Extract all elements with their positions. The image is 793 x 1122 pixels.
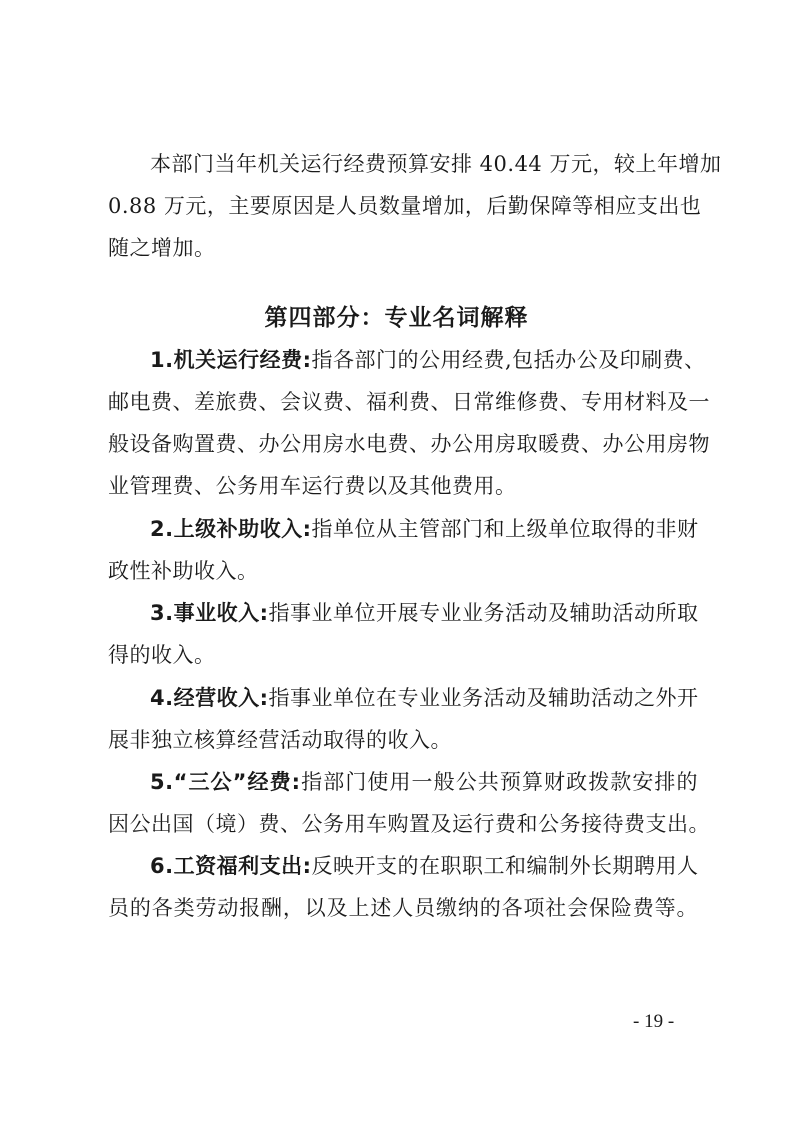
section-heading: 第四部分：专业名词解释 bbox=[0, 303, 793, 333]
definition-text: 员的各类劳动报酬，以及上述人员缴纳的各项社会保险费等。 bbox=[108, 894, 698, 922]
definition-item: 5.“三公”经费:指部门使用一般公共预算财政拨款安排的 bbox=[150, 768, 698, 796]
paragraph-line: 0.88 万元，主要原因是人员数量增加，后勤保障等相应支出也 bbox=[108, 192, 698, 220]
definition-text: 反映开支的在职职工和编制外长期聘用人 bbox=[312, 854, 699, 878]
definition-text: 般设备购置费、办公用房水电费、办公用房取暖费、办公用房物 bbox=[108, 430, 698, 458]
definition-term: 2.上级补助收入: bbox=[150, 517, 312, 541]
definition-item: 4.经营收入:指事业单位在专业业务活动及辅助活动之外开 bbox=[150, 684, 698, 712]
definition-text: 指事业单位在专业业务活动及辅助活动之外开 bbox=[269, 686, 699, 710]
definition-text: 得的收入。 bbox=[108, 641, 698, 669]
document-page: 本部门当年机关运行经费预算安排 40.44 万元，较上年增加 0.88 万元，主… bbox=[0, 0, 793, 1122]
definition-term: 3.事业收入: bbox=[150, 601, 269, 625]
definition-text: 业管理费、公务用车运行费以及其他费用。 bbox=[108, 472, 698, 500]
definition-text: 邮电费、差旅费、会议费、福利费、日常维修费、专用材料及一 bbox=[108, 388, 698, 416]
paragraph-line: 本部门当年机关运行经费预算安排 40.44 万元，较上年增加 bbox=[150, 150, 698, 178]
definition-term: 1.机关运行经费: bbox=[150, 348, 312, 372]
definition-text: 指单位从主管部门和上级单位取得的非财 bbox=[312, 517, 699, 541]
definition-text: 展非独立核算经营活动取得的收入。 bbox=[108, 726, 698, 754]
definition-term: 5.“三公”经费: bbox=[150, 770, 301, 794]
paragraph-line: 随之增加。 bbox=[108, 234, 698, 262]
definition-term: 6.工资福利支出: bbox=[150, 854, 312, 878]
definition-term: 4.经营收入: bbox=[150, 686, 269, 710]
definition-text: 指各部门的公用经费,包括办公及印刷费、 bbox=[312, 348, 706, 372]
page-number: - 19 - bbox=[633, 1010, 674, 1034]
definition-text: 指事业单位开展专业业务活动及辅助活动所取 bbox=[269, 601, 699, 625]
definition-item: 1.机关运行经费:指各部门的公用经费,包括办公及印刷费、 bbox=[150, 346, 698, 374]
definition-item: 6.工资福利支出:反映开支的在职职工和编制外长期聘用人 bbox=[150, 852, 698, 880]
definition-text: 指部门使用一般公共预算财政拨款安排的 bbox=[301, 770, 698, 794]
definition-item: 3.事业收入:指事业单位开展专业业务活动及辅助活动所取 bbox=[150, 599, 698, 627]
definition-text: 政性补助收入。 bbox=[108, 557, 698, 585]
definition-text: 因公出国（境）费、公务用车购置及运行费和公务接待费支出。 bbox=[108, 810, 698, 838]
definition-item: 2.上级补助收入:指单位从主管部门和上级单位取得的非财 bbox=[150, 515, 698, 543]
